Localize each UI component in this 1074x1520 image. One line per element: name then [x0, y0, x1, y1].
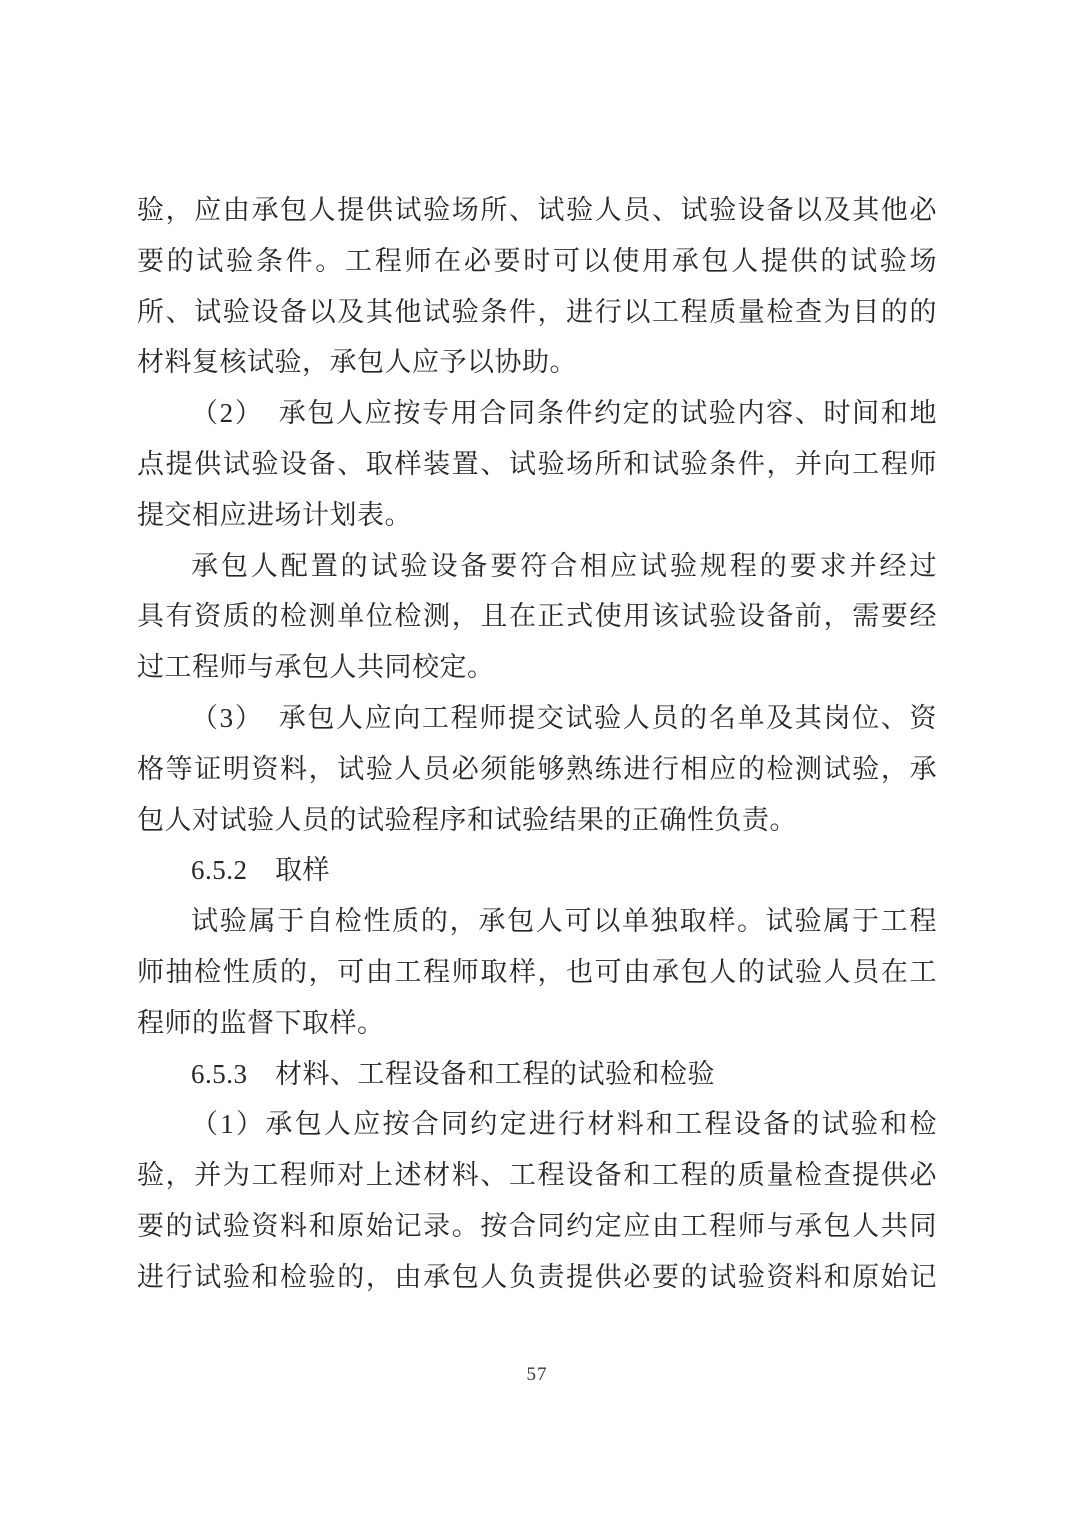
text-line: 验，并为工程师对上述材料、工程设备和工程的质量检查提供必 — [137, 1150, 937, 1201]
text-line: 师抽检性质的，可由工程师取样，也可由承包人的试验人员在工 — [137, 947, 937, 998]
document-body: 验，应由承包人提供试验场所、试验人员、试验设备以及其他必要的试验条件。工程师在必… — [137, 185, 937, 1303]
page-number: 57 — [0, 1364, 1074, 1386]
text-line: 6.5.2 取样 — [137, 845, 937, 896]
text-line: 过工程师与承包人共同校定。 — [137, 642, 937, 693]
document-page: 验，应由承包人提供试验场所、试验人员、试验设备以及其他必要的试验条件。工程师在必… — [0, 0, 1074, 1520]
text-line: 包人对试验人员的试验程序和试验结果的正确性负责。 — [137, 795, 937, 846]
text-line: 进行试验和检验的，由承包人负责提供必要的试验资料和原始记 — [137, 1252, 937, 1303]
text-line: 要的试验资料和原始记录。按合同约定应由工程师与承包人共同 — [137, 1201, 937, 1252]
text-line: 提交相应进场计划表。 — [137, 490, 937, 541]
text-line: （1）承包人应按合同约定进行材料和工程设备的试验和检 — [137, 1099, 937, 1150]
text-line: （2） 承包人应按专用合同条件约定的试验内容、时间和地 — [137, 388, 937, 439]
text-line: 具有资质的检测单位检测，且在正式使用该试验设备前，需要经 — [137, 591, 937, 642]
text-line: 要的试验条件。工程师在必要时可以使用承包人提供的试验场 — [137, 236, 937, 287]
text-line: 材料复核试验，承包人应予以协助。 — [137, 337, 937, 388]
text-line: 所、试验设备以及其他试验条件，进行以工程质量检查为目的的 — [137, 287, 937, 338]
text-line: 6.5.3 材料、工程设备和工程的试验和检验 — [137, 1049, 937, 1100]
text-line: 试验属于自检性质的，承包人可以单独取样。试验属于工程 — [137, 896, 937, 947]
text-line: 程师的监督下取样。 — [137, 998, 937, 1049]
text-line: 点提供试验设备、取样装置、试验场所和试验条件，并向工程师 — [137, 439, 937, 490]
text-line: 格等证明资料，试验人员必须能够熟练进行相应的检测试验，承 — [137, 744, 937, 795]
text-line: （3） 承包人应向工程师提交试验人员的名单及其岗位、资 — [137, 693, 937, 744]
text-line: 验，应由承包人提供试验场所、试验人员、试验设备以及其他必 — [137, 185, 937, 236]
text-line: 承包人配置的试验设备要符合相应试验规程的要求并经过 — [137, 541, 937, 592]
